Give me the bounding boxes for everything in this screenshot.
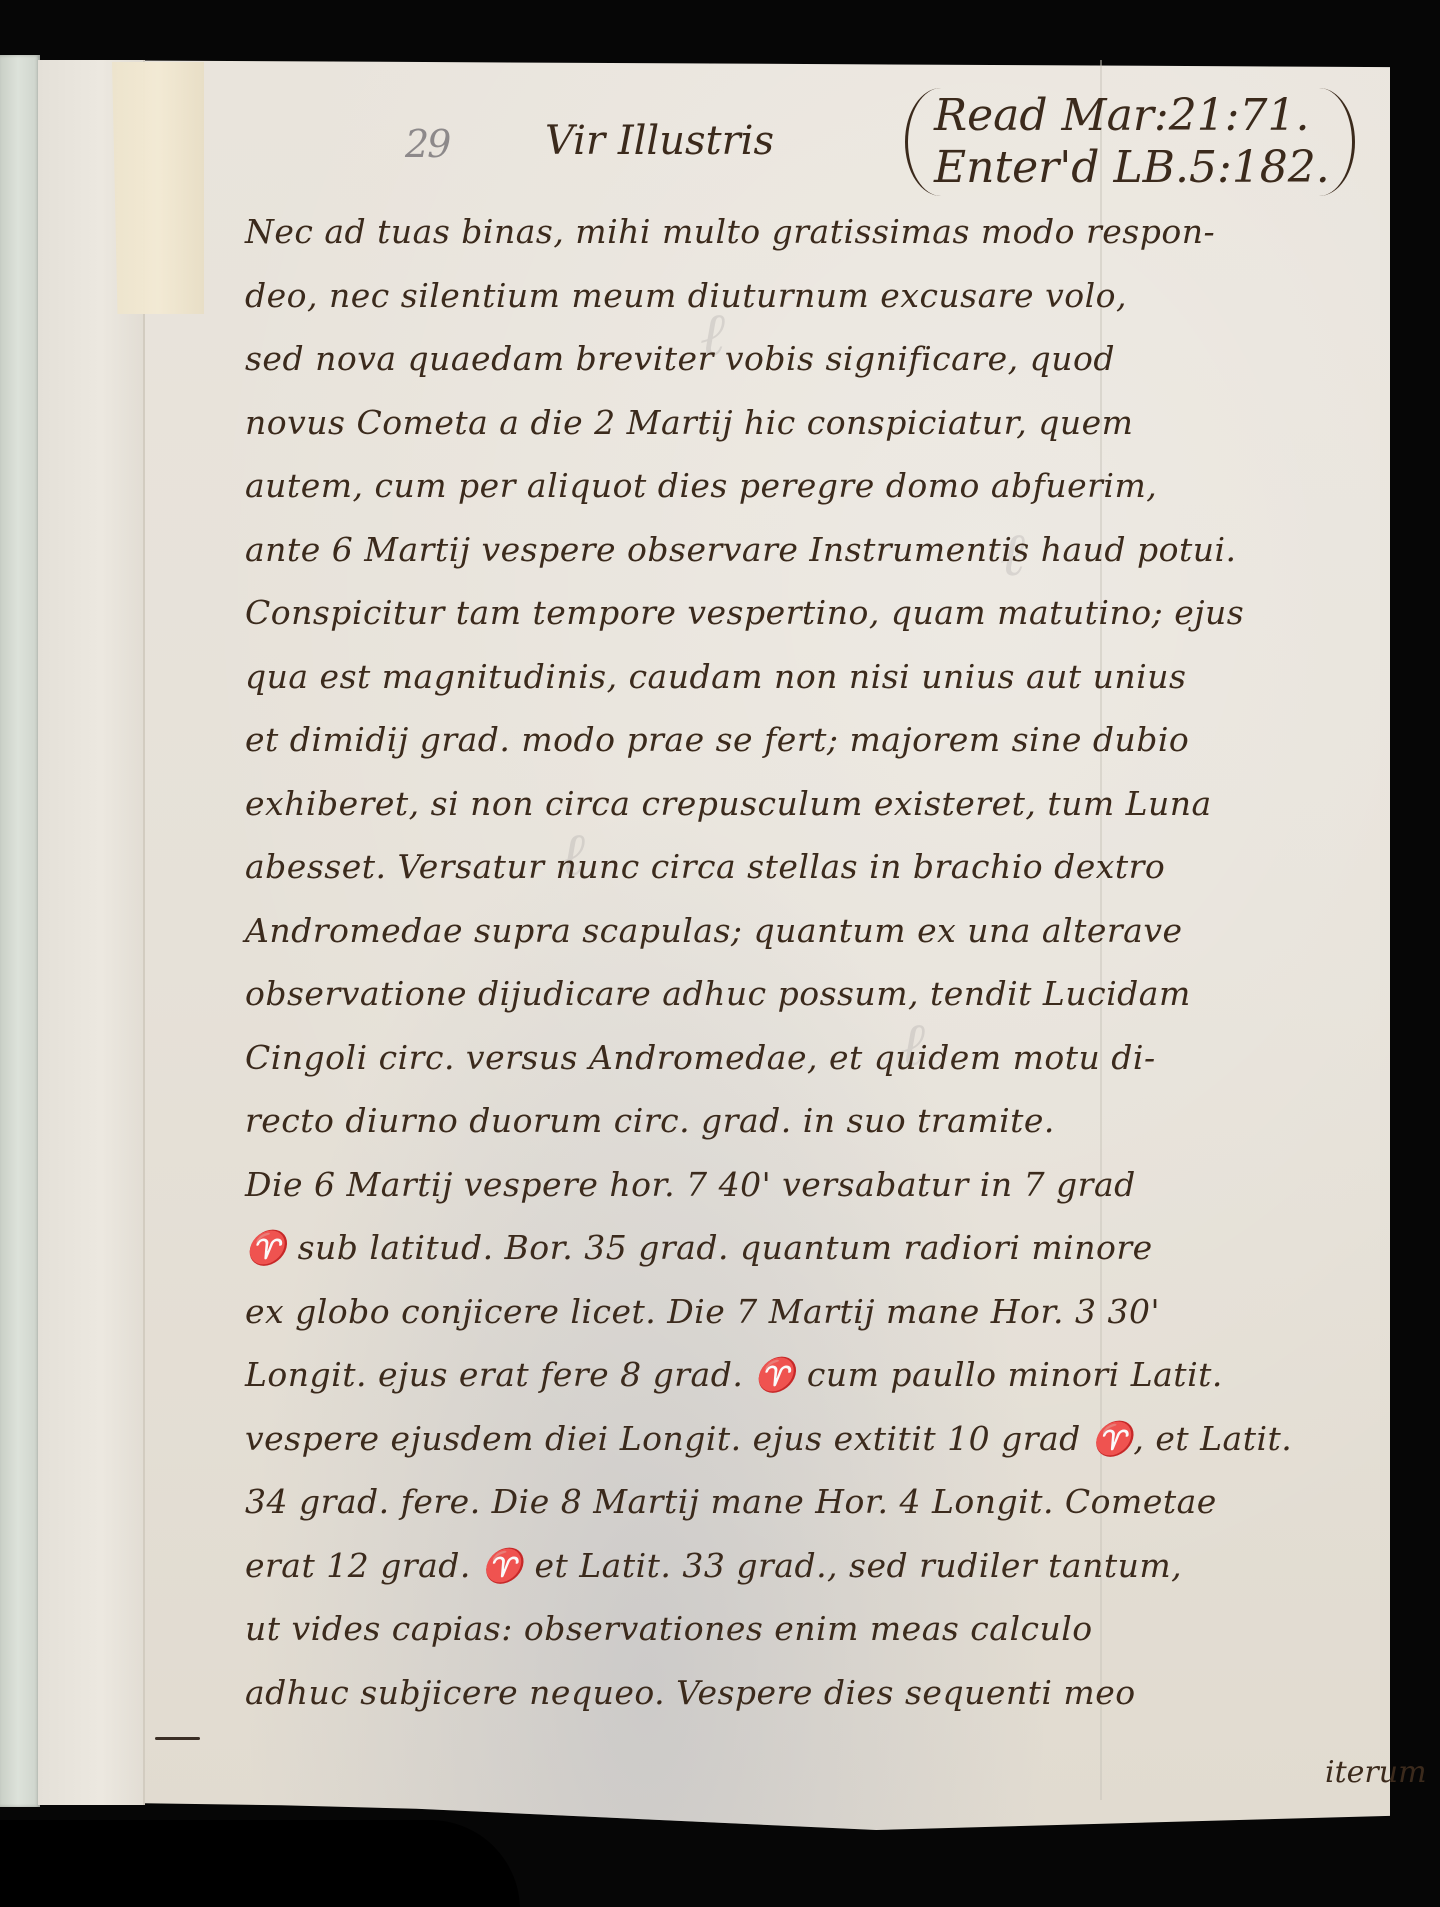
- text-line: Nec ad tuas binas, mihi multo gratissima…: [245, 200, 1380, 264]
- text-line: vespere ejusdem diei Longit. ejus extiti…: [245, 1407, 1380, 1471]
- text-line: deo, nec silentium meum diuturnum excusa…: [245, 264, 1380, 328]
- text-line: novus Cometa a die 2 Martij hic conspici…: [245, 391, 1380, 455]
- background-shadow: [0, 1820, 520, 1907]
- text-line: autem, cum per aliquot dies peregre domo…: [245, 454, 1380, 518]
- text-line: recto diurno duorum circ. grad. in suo t…: [245, 1089, 1380, 1153]
- endorsement-read-date: Read Mar:21:71.: [934, 90, 1330, 142]
- folio-number: 29: [405, 122, 449, 166]
- text-line: Andromedae supra scapulas; quantum ex un…: [245, 899, 1380, 963]
- text-line: ut vides capias: observationes enim meas…: [245, 1597, 1380, 1661]
- text-line: Cingoli circ. versus Andromedae, et quid…: [245, 1026, 1380, 1090]
- text-line: ex globo conjicere licet. Die 7 Martij m…: [245, 1280, 1380, 1344]
- text-line: Longit. ejus erat fere 8 grad. ♈ cum pau…: [245, 1343, 1380, 1407]
- text-line: ante 6 Martij vespere observare Instrume…: [245, 518, 1380, 582]
- text-line: adhuc subjicere nequeo. Vespere dies seq…: [245, 1661, 1380, 1725]
- text-line: sed nova quaedam breviter vobis signific…: [245, 327, 1380, 391]
- catchword: iterum: [1325, 1755, 1427, 1790]
- text-line: Die 6 Martij vespere hor. 7 40' versabat…: [245, 1153, 1380, 1217]
- text-line: 34 grad. fere. Die 8 Martij mane Hor. 4 …: [245, 1470, 1380, 1534]
- text-line: ♈ sub latitud. Bor. 35 grad. quantum rad…: [245, 1216, 1380, 1280]
- endorsement-note: Read Mar:21:71. Enter'd LB.5:182.: [905, 88, 1355, 196]
- text-line: abesset. Versatur nunc circa stellas in …: [245, 835, 1380, 899]
- text-line: observatione dijudicare adhuc possum, te…: [245, 962, 1380, 1026]
- text-line: qua est magnitudinis, caudam non nisi un…: [245, 645, 1380, 709]
- letter-body: Nec ad tuas binas, mihi multo gratissima…: [245, 200, 1380, 1724]
- repair-tape: [112, 62, 204, 314]
- text-line: erat 12 grad. ♈ et Latit. 33 grad., sed …: [245, 1534, 1380, 1598]
- margin-ink-mark: [155, 1737, 200, 1740]
- manuscript-scene: ℓ ℓ ℓ ℓ 29 Vir Illustris Read Mar:21:71.…: [0, 0, 1440, 1907]
- guard-strip: [38, 60, 145, 1805]
- text-line: Conspicitur tam tempore vespertino, quam…: [245, 581, 1380, 645]
- salutation: Vir Illustris: [545, 118, 774, 164]
- text-line: et dimidij grad. modo prae se fert; majo…: [245, 708, 1380, 772]
- endorsement-letterbook-entry: Enter'd LB.5:182.: [934, 142, 1330, 194]
- binding-mount: [0, 55, 40, 1807]
- text-line: exhiberet, si non circa crepusculum exis…: [245, 772, 1380, 836]
